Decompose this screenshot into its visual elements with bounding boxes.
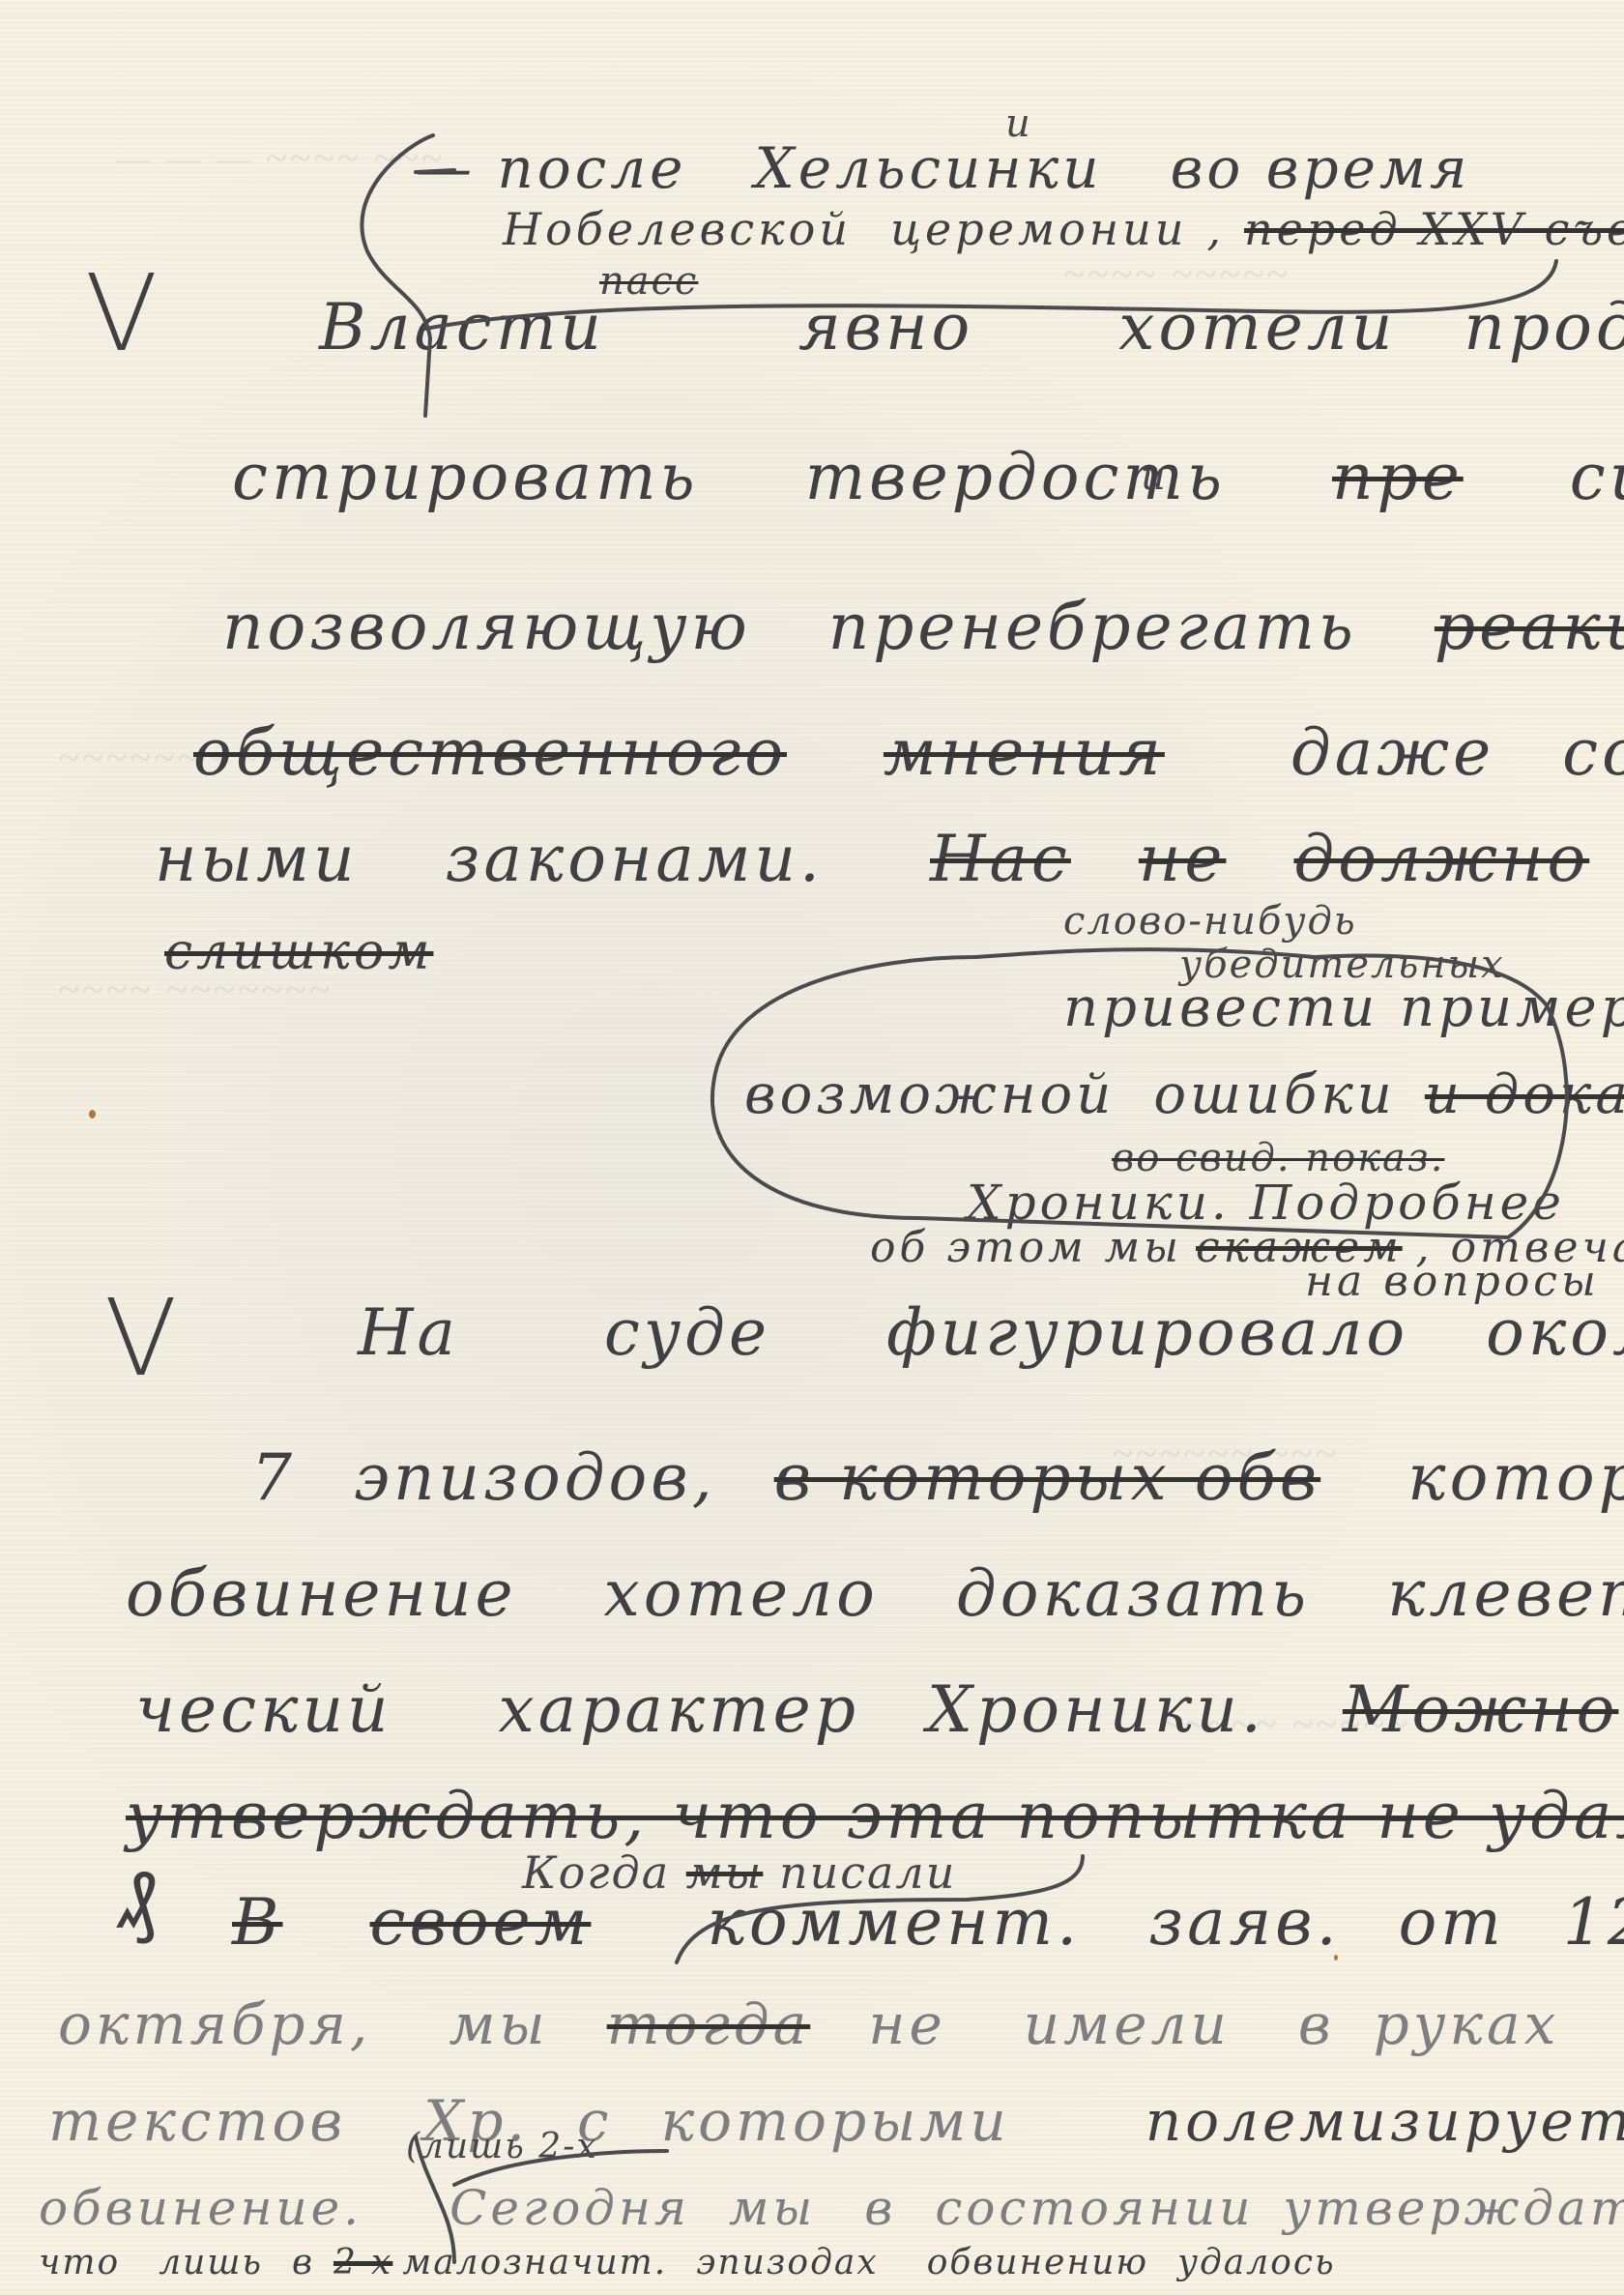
- insertion-line-2: Нобелевскойцеремонии,перед XXV съездом: [503, 203, 1624, 255]
- text-line: Всвоемкоммент.заяв.от12: [232, 1885, 1624, 1960]
- inserted-word: и: [1141, 454, 1168, 499]
- margin-check-mark: V: [104, 1276, 177, 1400]
- insertion-bottom: (лишь 2-х: [406, 2127, 598, 2166]
- text-line: утверждать, что эта попытка не удалась.: [126, 1779, 1624, 1853]
- text-line: ческийхарактерХроники.Можно: [135, 1672, 1624, 1747]
- text-line: слишком: [164, 923, 501, 981]
- text-line: 7эпизодов,в которых обвкоторыми: [251, 1440, 1624, 1515]
- insertion-line-1: — послеХельсинкиво время: [416, 135, 1538, 201]
- circled-insert-above-1: слово-нибудь: [1063, 899, 1357, 944]
- margin-check-mark: V: [85, 251, 158, 375]
- text-line: обвинениехотелодоказатьклевети-: [126, 1556, 1624, 1631]
- crossed-numeral-mark: ₰: [116, 1856, 157, 1946]
- text-line: обвинение.Сегоднямывсостоянииутверждать,: [39, 2180, 1624, 2236]
- show-through-text: — — — ~~~~ ~~~: [116, 135, 445, 181]
- text-line: Властиявнохотелипродемон-: [319, 290, 1624, 364]
- text-line: октября,мытогданеимеливруках: [58, 1991, 1624, 2057]
- text-line: Насудефигурировалооколо: [358, 1295, 1624, 1370]
- paper-speck: [89, 1110, 96, 1118]
- insertion-letter-i: и: [1005, 102, 1032, 146]
- circled-line: возможнойошибкии доказать: [744, 1063, 1624, 1126]
- circled-line: привести примеры: [1063, 976, 1624, 1039]
- manuscript-page: — — — ~~~~ ~~~ ~~~~ ~~~~~ ~~~~~~~ ~~~~ ~…: [0, 0, 1624, 2295]
- text-line: чтолишьв2-хмалозначит.эпизодахобвинениюу…: [39, 2243, 1404, 2282]
- text-line: позволяющуюпренебрегатьреакцией: [222, 590, 1624, 664]
- text-line: нымизаконами.Наснедолжно: [155, 822, 1624, 896]
- text-line: стрироватьтвердостьпресилу,: [232, 440, 1624, 514]
- text-line: общественногомнениядажесобствен-: [193, 715, 1624, 790]
- text-line: текстовХр.скоторымиполемизирует: [48, 2088, 1624, 2154]
